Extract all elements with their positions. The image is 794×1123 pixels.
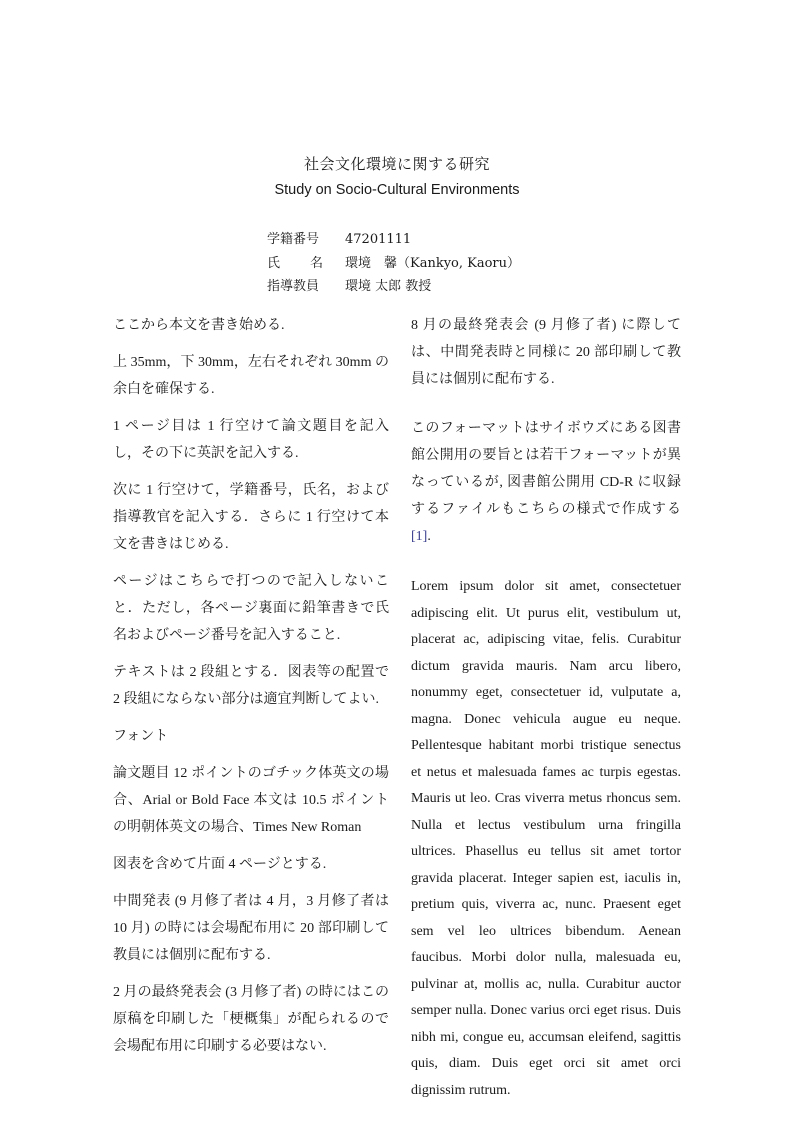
right-column: 8 月の最終発表会 (9 月修了者) に際しては、中間発表時と同様に 20 部印… — [411, 312, 681, 1114]
name-value: 環境 馨（Kankyo, Kaoru） — [345, 252, 520, 276]
body-paragraph: 1 ページ目は 1 行空けて論文題目を記入し，その下に英訳を記入する. — [113, 413, 389, 467]
citation-link[interactable]: [1] — [411, 529, 427, 544]
name-label-part-2: 名 — [310, 252, 323, 276]
name-row: 氏 名 環境 馨（Kankyo, Kaoru） — [267, 252, 520, 276]
left-column: ここから本文を書き始める. 上 35mm，下 30mm，左右それぞれ 30mm … — [113, 312, 389, 1070]
student-id-label: 学籍番号 — [267, 228, 345, 252]
paper-title-japanese: 社会文化環境に関する研究 — [0, 152, 794, 176]
author-info-block: 学籍番号 47201111 氏 名 環境 馨（Kankyo, Kaoru） 指導… — [267, 228, 520, 299]
student-id-row: 学籍番号 47201111 — [267, 228, 520, 252]
name-label-part-1: 氏 — [267, 252, 280, 276]
title-block: 社会文化環境に関する研究 Study on Socio-Cultural Env… — [0, 152, 794, 202]
body-paragraph: 次に 1 行空けて，学籍番号，氏名，および指導教官を記入する．さらに 1 行空け… — [113, 477, 389, 558]
advisor-value: 環境 太郎 教授 — [345, 275, 431, 299]
paper-title-english: Study on Socio-Cultural Environments — [0, 178, 794, 202]
advisor-row: 指導教員 環境 太郎 教授 — [267, 275, 520, 299]
paragraph-text: このフォーマットはサイボウズにある図書館公開用の要旨とは若干フォーマットが異なっ… — [411, 421, 681, 517]
body-paragraph: 論文題目 12 ポイントのゴチック体英文の場合、Arial or Bold Fa… — [113, 760, 389, 841]
body-paragraph-with-citation: このフォーマットはサイボウズにある図書館公開用の要旨とは若干フォーマットが異なっ… — [411, 415, 681, 550]
lorem-ipsum-paragraph: Lorem ipsum dolor sit amet, consectetuer… — [411, 574, 681, 1104]
body-paragraph: 図表を含めて片面 4 ページとする. — [113, 851, 389, 878]
name-label: 氏 名 — [267, 252, 323, 276]
body-paragraph: 2 月の最終発表会 (3 月修了者) の時にはこの原稿を印刷した「梗概集」が配ら… — [113, 979, 389, 1060]
body-paragraph: 上 35mm，下 30mm，左右それぞれ 30mm の余白を確保する. — [113, 349, 389, 403]
body-paragraph: ページはこちらで打つので記入しないこと．ただし，各ページ裏面に鉛筆書きで氏名およ… — [113, 568, 389, 649]
body-paragraph: ここから本文を書き始める. — [113, 312, 389, 339]
body-paragraph: 中間発表 (9 月修了者は 4 月，3 月修了者は 10 月) の時には会場配布… — [113, 888, 389, 969]
body-paragraph: テキストは 2 段組とする．図表等の配置で 2 段組にならない部分は適宜判断して… — [113, 659, 389, 713]
section-label-font: フォント — [113, 723, 389, 750]
sentence-period: . — [427, 529, 431, 544]
student-id-value: 47201111 — [345, 228, 411, 252]
body-paragraph: 8 月の最終発表会 (9 月修了者) に際しては、中間発表時と同様に 20 部印… — [411, 312, 681, 393]
advisor-label: 指導教員 — [267, 275, 345, 299]
paper-page: 社会文化環境に関する研究 Study on Socio-Cultural Env… — [0, 0, 794, 1123]
